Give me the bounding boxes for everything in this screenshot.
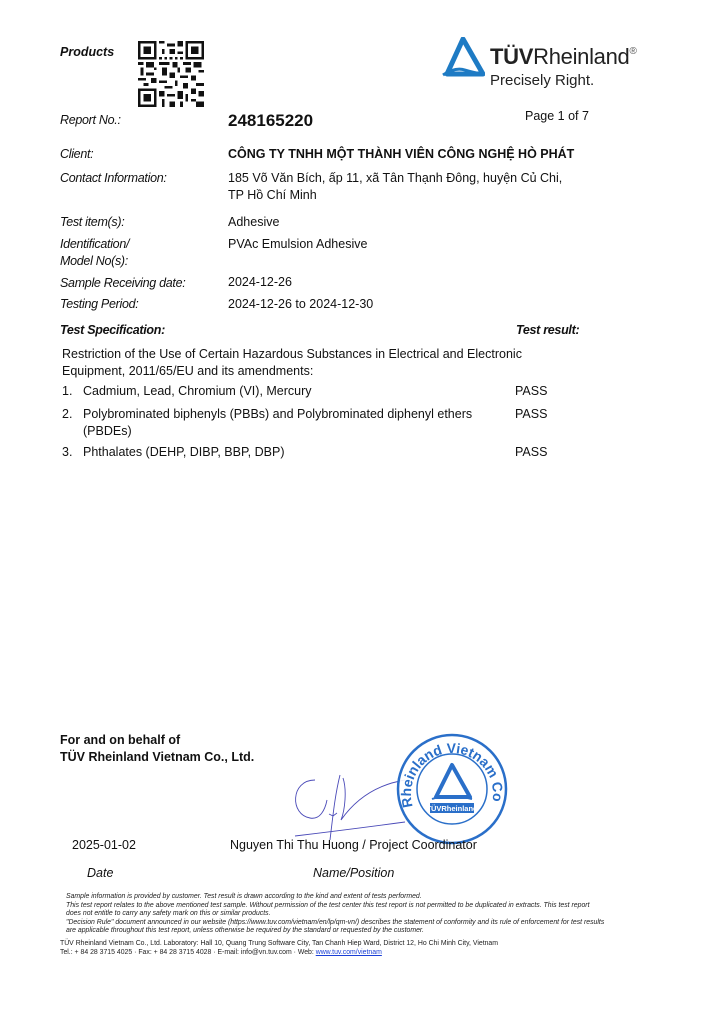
disclaimer-line: This test report relates to the above me…: [66, 902, 646, 911]
test-specification-label: Test Specification:: [60, 323, 165, 337]
identification-value: PVAc Emulsion Adhesive: [228, 236, 367, 253]
item-text: Phthalates (DEHP, DIBP, BBP, DBP): [83, 444, 483, 461]
client-label: Client:: [60, 147, 93, 161]
svg-text:TÜVRheinland: TÜVRheinland: [426, 804, 478, 813]
website-link[interactable]: www.tuv.com/vietnam: [316, 949, 382, 956]
item-text: Cadmium, Lead, Chromium (VI), Mercury: [83, 383, 483, 400]
contact-value-line1: 185 Võ Văn Bích, ấp 11, xã Tân Thạnh Đôn…: [228, 170, 562, 187]
name-position-label: Name/Position: [313, 866, 394, 880]
identification-label: Identification/: [60, 237, 129, 251]
test-result-label: Test result:: [516, 323, 579, 337]
signoff-name: Nguyen Thi Thu Huong / Project Coordinat…: [230, 838, 477, 852]
item-text: Polybrominated biphenyls (PBBs) and Poly…: [83, 406, 483, 440]
company-stamp-icon: TÜV Rheinland Vietnam Co., Ltd. TÜVRhein…: [396, 733, 508, 845]
footer: TÜV Rheinland Vietnam Co., Ltd. Laborato…: [60, 940, 660, 957]
item-number: 3.: [62, 444, 80, 461]
on-behalf-line-1: For and on behalf of: [60, 733, 180, 747]
disclaimer-line: "Decision Rule" document announced in ou…: [66, 919, 646, 928]
item-result: PASS: [515, 444, 547, 461]
footer-contact-text: Tel.: + 84 28 3715 4025 · Fax: + 84 28 3…: [60, 949, 316, 956]
item-number: 1.: [62, 383, 80, 400]
sample-date-label: Sample Receiving date:: [60, 276, 185, 290]
report-number: 248165220: [228, 111, 313, 131]
disclaimer-line: are applicable throughout this test repo…: [66, 927, 646, 936]
testing-period-label: Testing Period:: [60, 297, 138, 311]
contact-label: Contact Information:: [60, 171, 167, 185]
report-number-label: Report No.:: [60, 113, 121, 127]
on-behalf-line-2: TÜV Rheinland Vietnam Co., Ltd.: [60, 750, 254, 764]
specification-description: Restriction of the Use of Certain Hazard…: [62, 346, 532, 380]
disclaimer-line: does not entitle to carry any safety mar…: [66, 910, 646, 919]
item-result: PASS: [515, 383, 547, 400]
test-item-row: 2. Polybrominated biphenyls (PBBs) and P…: [62, 406, 582, 440]
specification-line-1: Restriction of the Use of Certain Hazard…: [62, 346, 532, 363]
brand-name: TÜVRheinland®: [490, 44, 637, 70]
footer-address: TÜV Rheinland Vietnam Co., Ltd. Laborato…: [60, 940, 660, 949]
model-no-label: Model No(s):: [60, 254, 128, 268]
contact-value-line2: TP Hồ Chí Minh: [228, 187, 317, 204]
page-indicator: Page 1 of 7: [525, 109, 589, 123]
item-result: PASS: [515, 406, 547, 423]
test-item-row: 1. Cadmium, Lead, Chromium (VI), Mercury…: [62, 383, 582, 400]
products-label: Products: [60, 45, 114, 59]
test-item-value: Adhesive: [228, 214, 279, 231]
date-label: Date: [87, 866, 113, 880]
disclaimer-line: Sample information is provided by custom…: [66, 893, 646, 902]
specification-line-2: Equipment, 2011/65/EU and its amendments…: [62, 363, 532, 380]
test-item-label: Test item(s):: [60, 215, 124, 229]
footer-contact: Tel.: + 84 28 3715 4025 · Fax: + 84 28 3…: [60, 949, 660, 958]
client-value: CÔNG TY TNHH MỘT THÀNH VIÊN CÔNG NGHỆ HÒ…: [228, 146, 574, 163]
testing-period-value: 2024-12-26 to 2024-12-30: [228, 296, 373, 313]
disclaimer: Sample information is provided by custom…: [66, 893, 646, 936]
tuv-triangle-logo-icon: [441, 37, 485, 77]
signoff-date: 2025-01-02: [72, 838, 136, 852]
test-item-row: 3. Phthalates (DEHP, DIBP, BBP, DBP) PAS…: [62, 444, 582, 461]
sample-date-value: 2024-12-26: [228, 274, 292, 291]
brand-tagline: Precisely Right.: [490, 72, 594, 89]
qr-code[interactable]: [138, 41, 204, 107]
item-number: 2.: [62, 406, 80, 423]
